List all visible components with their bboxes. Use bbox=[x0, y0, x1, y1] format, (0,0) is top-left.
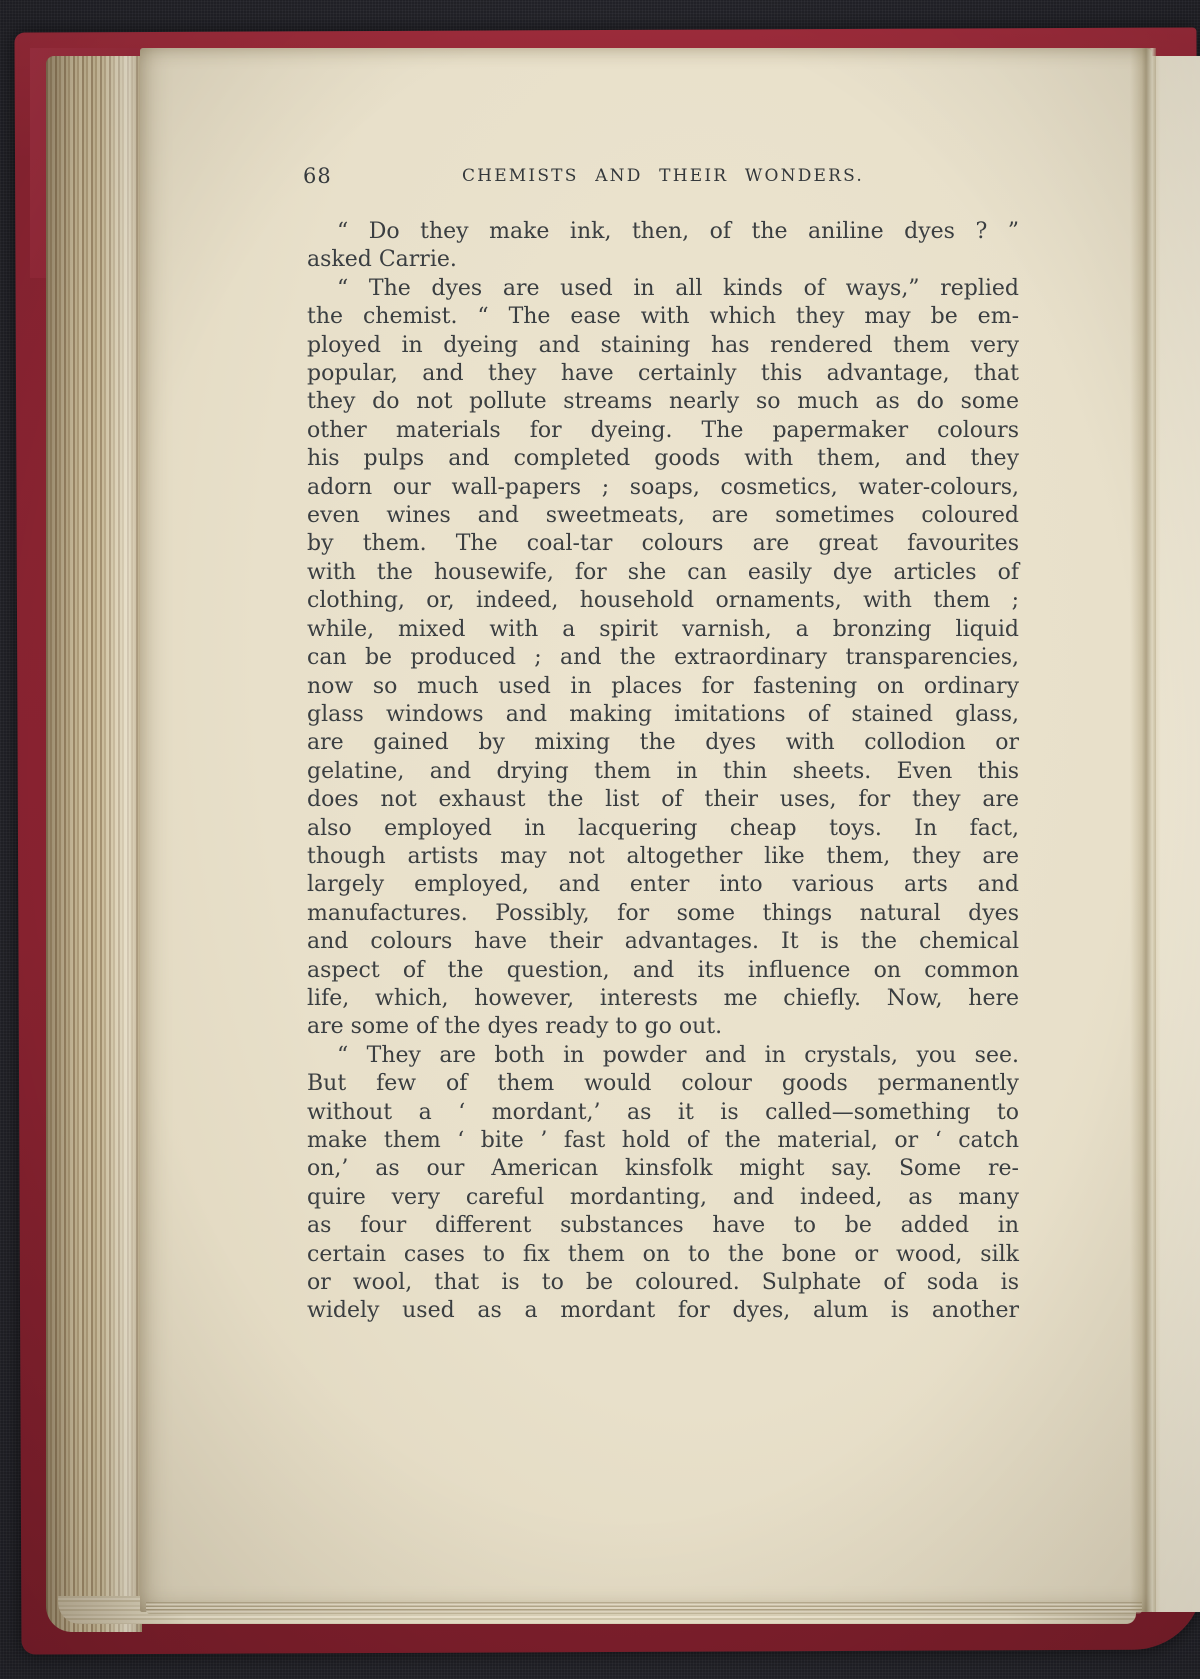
text-line: his pulps and completed goods with them,… bbox=[307, 445, 1019, 473]
text-line: asked Carrie. bbox=[307, 246, 1019, 274]
text-line: gelatine, and drying them in thin sheets… bbox=[307, 758, 1019, 786]
text-line: make them ‘ bite ’ fast hold of the mate… bbox=[307, 1127, 1019, 1155]
text-line: popular, and they have certainly this ad… bbox=[307, 360, 1019, 388]
running-head: CHEMISTS AND THEIR WONDERS. bbox=[307, 165, 1019, 187]
text-line: aspect of the question, and its influenc… bbox=[307, 957, 1019, 985]
text-line: But few of them would colour goods perma… bbox=[307, 1070, 1019, 1098]
text-line: can be produced ; and the extraordinary … bbox=[307, 644, 1019, 672]
text-line: with the housewife, for she can easily d… bbox=[307, 559, 1019, 587]
text-line: by them. The coal-tar colours are great … bbox=[307, 530, 1019, 558]
text-line: while, mixed with a spirit varnish, a br… bbox=[307, 616, 1019, 644]
text-line: are some of the dyes ready to go out. bbox=[307, 1013, 1019, 1041]
paragraph: “ Do they make ink, then, of the aniline… bbox=[307, 218, 1019, 275]
text-line: life, which, however, interests me chief… bbox=[307, 985, 1019, 1013]
paragraph: “ The dyes are used in all kinds of ways… bbox=[307, 275, 1019, 1042]
text-line: the chemist. “ The ease with which they … bbox=[307, 303, 1019, 331]
text-line: even wines and sweetmeats, are sometimes… bbox=[307, 502, 1019, 530]
text-line: though artists may not altogether like t… bbox=[307, 843, 1019, 871]
text-line: glass windows and making imitations of s… bbox=[307, 701, 1019, 729]
book-photo-scene: 68 CHEMISTS AND THEIR WONDERS. “ Do they… bbox=[0, 0, 1200, 1679]
text-line: also employed in lacquering cheap toys. … bbox=[307, 815, 1019, 843]
text-line: certain cases to fix them on to the bone… bbox=[307, 1241, 1019, 1269]
facing-page-edge bbox=[1152, 56, 1200, 1612]
text-line: largely employed, and enter into various… bbox=[307, 871, 1019, 899]
text-line: they do not pollute streams nearly so mu… bbox=[307, 388, 1019, 416]
text-line: are gained by mixing the dyes with collo… bbox=[307, 729, 1019, 757]
text-block: “ Do they make ink, then, of the aniline… bbox=[307, 218, 1019, 1326]
text-line: as four different substances have to be … bbox=[307, 1212, 1019, 1240]
text-line: manufactures. Possibly, for some things … bbox=[307, 900, 1019, 928]
page-header: 68 CHEMISTS AND THEIR WONDERS. bbox=[307, 158, 1019, 188]
text-line: quire very careful mordanting, and indee… bbox=[307, 1184, 1019, 1212]
book-page: 68 CHEMISTS AND THEIR WONDERS. “ Do they… bbox=[140, 48, 1152, 1612]
text-line: “ The dyes are used in all kinds of ways… bbox=[307, 275, 1019, 303]
text-line: now so much used in places for fastening… bbox=[307, 673, 1019, 701]
text-line: “ They are both in powder and in crystal… bbox=[307, 1042, 1019, 1070]
text-line: “ Do they make ink, then, of the aniline… bbox=[307, 218, 1019, 246]
text-line: widely used as a mordant for dyes, alum … bbox=[307, 1297, 1019, 1325]
text-line: ployed in dyeing and staining has render… bbox=[307, 332, 1019, 360]
text-line: clothing, or, indeed, household ornament… bbox=[307, 587, 1019, 615]
text-line: or wool, that is to be coloured. Sulphat… bbox=[307, 1269, 1019, 1297]
text-line: on,’ as our American kinsfolk might say.… bbox=[307, 1155, 1019, 1183]
page-bottom-edges bbox=[146, 1602, 1142, 1614]
text-line: other materials for dyeing. The papermak… bbox=[307, 417, 1019, 445]
text-line: does not exhaust the list of their uses,… bbox=[307, 786, 1019, 814]
text-line: adorn our wall-papers ; soaps, cosmetics… bbox=[307, 474, 1019, 502]
gutter-crease bbox=[1130, 48, 1156, 1612]
text-line: without a ‘ mordant,’ as it is called—so… bbox=[307, 1099, 1019, 1127]
page-edge-stack-left bbox=[46, 56, 142, 1632]
text-line: and colours have their advantages. It is… bbox=[307, 928, 1019, 956]
paragraph: “ They are both in powder and in crystal… bbox=[307, 1042, 1019, 1326]
